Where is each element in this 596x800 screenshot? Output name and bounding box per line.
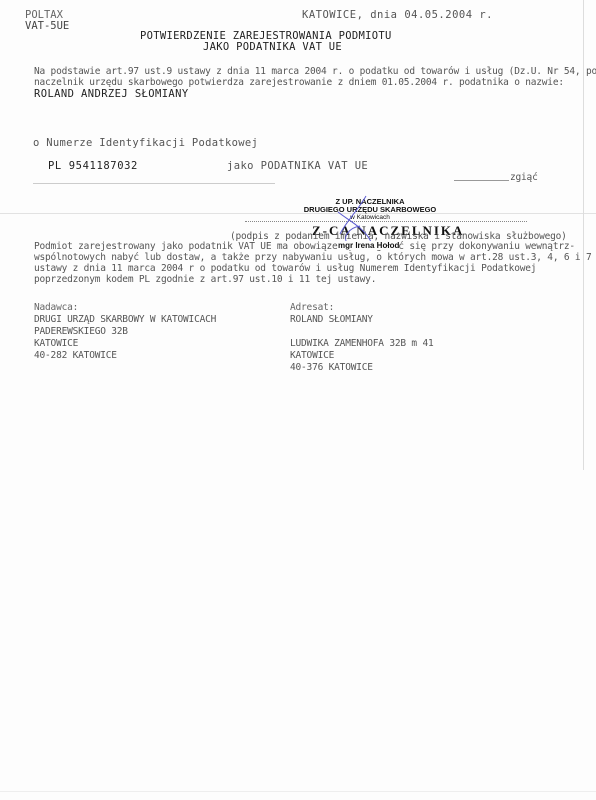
separator-line <box>33 183 275 184</box>
official-name-stamp: mgr Irena Hołod <box>338 241 399 250</box>
recipient-line: LUDWIKA ZAMENHOFA 32B m 41 <box>290 338 434 349</box>
scan-bottom-edge <box>0 791 596 792</box>
fold-label: zgiąć <box>510 172 538 183</box>
sender-line: KATOWICE <box>34 338 78 349</box>
scan-edge <box>583 0 584 470</box>
notice-line1: Podmiot zarejestrowany jako podatnik VAT… <box>34 241 575 252</box>
nip-label: o Numerze Identyfikacji Podatkowej <box>33 137 258 149</box>
notice-line3: ustawy z dnia 11 marca 2004 r o podatku … <box>34 263 536 274</box>
recipient-line: 40-376 KATOWICE <box>290 362 373 373</box>
recipient-name: ROLAND SŁOMIANY <box>290 314 373 325</box>
notice-line4: poprzedzonym kodem PL zgodnie z art.97 u… <box>34 274 376 285</box>
sender-line: DRUGI URZĄD SKARBOWY W KATOWICACH <box>34 314 216 325</box>
recipient-label: Adresat: <box>290 302 334 313</box>
sender-label: Nadawca: <box>34 302 78 313</box>
recipient-line: KATOWICE <box>290 350 334 361</box>
vat-ue-role: jako PODATNIKA VAT UE <box>227 160 368 172</box>
legal-basis-text: Na podstawie art.97 ust.9 ustawy z dnia … <box>34 66 596 77</box>
place-date: KATOWICE, dnia 04.05.2004 r. <box>302 9 493 21</box>
document-title-line2: JAKO PODATNIKA VAT UE <box>203 41 342 53</box>
taxpayer-name: ROLAND ANDRZEJ SŁOMIANY <box>34 88 189 100</box>
sender-line: PADEREWSKIEGO 32B <box>34 326 128 337</box>
nip-number: PL 9541187032 <box>48 160 138 172</box>
fold-crease <box>0 213 596 214</box>
form-code-label: VAT-5UE <box>25 20 69 32</box>
fold-line <box>454 180 509 181</box>
confirmation-text: naczelnik urzędu skarbowego potwierdza z… <box>34 77 564 88</box>
sender-line: 40-282 KATOWICE <box>34 350 117 361</box>
notice-line2: wspólnotowych nabyć lub dostaw, a także … <box>34 252 591 263</box>
